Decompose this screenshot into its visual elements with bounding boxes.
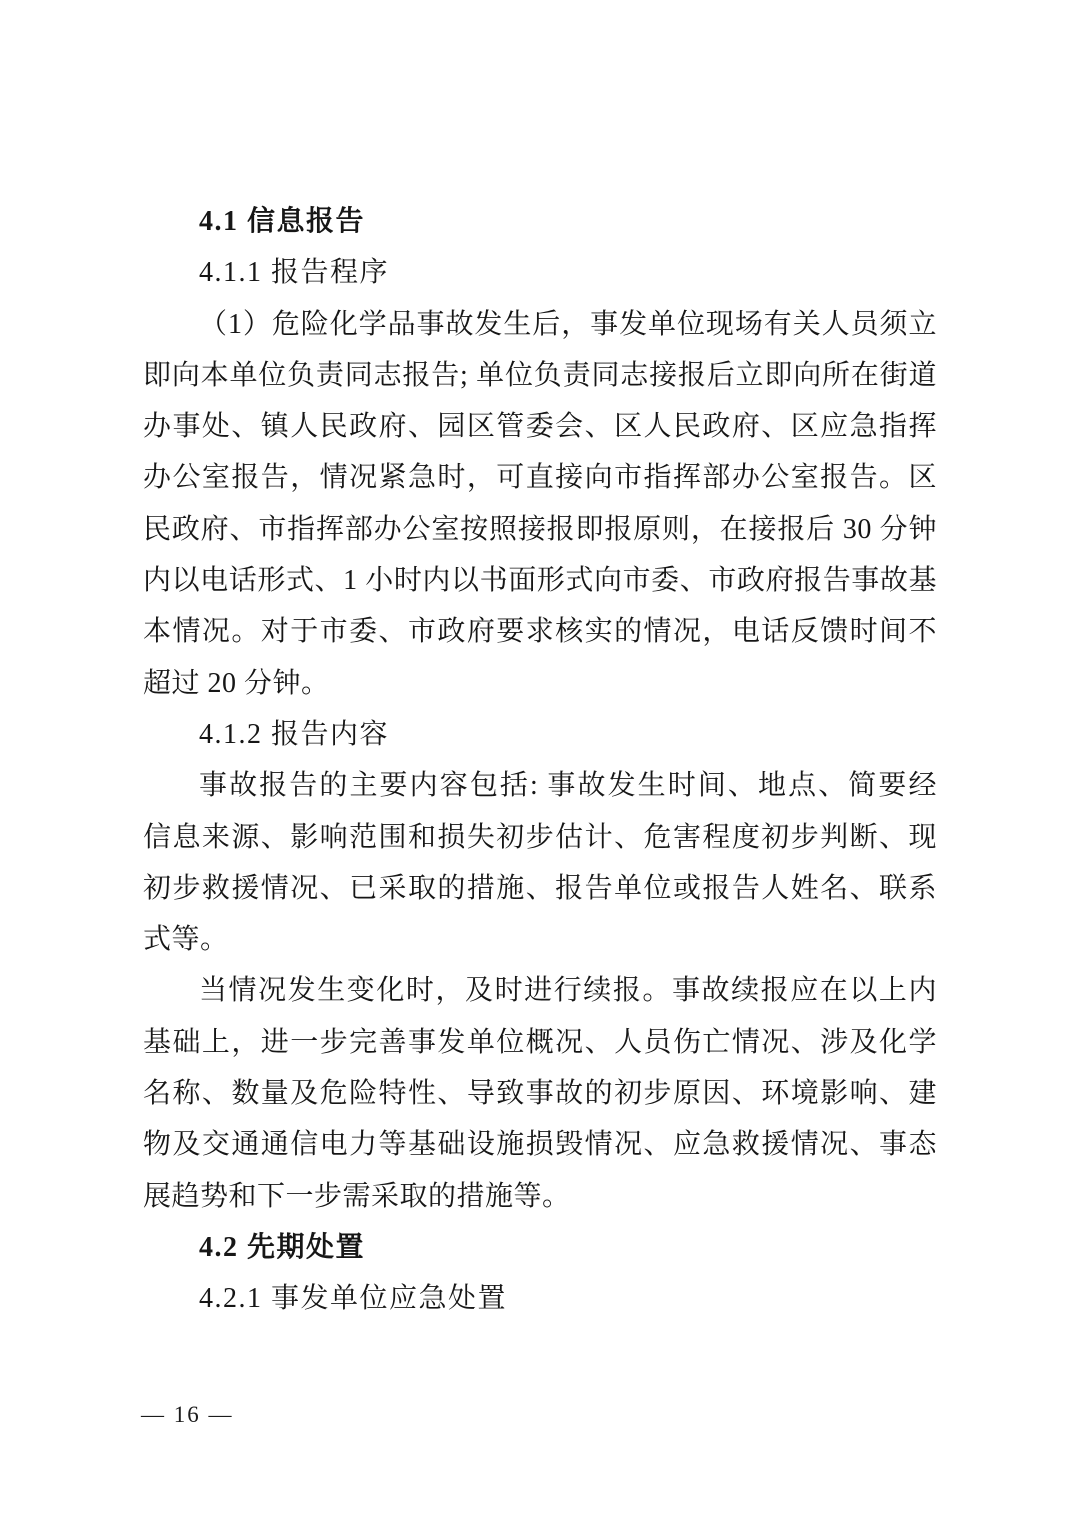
paragraph-1-line: 办事处、镇人民政府、园区管委会、区人民政府、区应急指挥部 [143, 401, 937, 452]
heading-4-2-1: 4.2.1 事发单位应急处置 [143, 1273, 937, 1324]
document-body: 4.1 信息报告 4.1.1 报告程序 （1）危险化学品事故发生后，事发单位现场… [143, 196, 937, 1325]
paragraph-3-line: 基础上，进一步完善事发单位概况、人员伤亡情况、涉及化学品 [143, 1017, 937, 1068]
paragraph-2-line: 式等。 [143, 914, 937, 965]
paragraph-1-line: 民政府、市指挥部办公室按照接报即报原则，在接报后 30 分钟 [143, 504, 937, 555]
heading-4-1: 4.1 信息报告 [143, 196, 937, 247]
document-page: 4.1 信息报告 4.1.1 报告程序 （1）危险化学品事故发生后，事发单位现场… [0, 0, 1074, 1520]
paragraph-1-line: 内以电话形式、1 小时内以书面形式向市委、市政府报告事故基 [143, 555, 937, 606]
paragraph-1-line: 超过 20 分钟。 [143, 658, 937, 709]
paragraph-2-line: 初步救援情况、已采取的措施、报告单位或报告人姓名、联系方 [143, 863, 937, 914]
heading-4-2: 4.2 先期处置 [143, 1222, 937, 1273]
paragraph-3-line: 展趋势和下一步需采取的措施等。 [143, 1171, 937, 1222]
heading-4-1-2: 4.1.2 报告内容 [143, 709, 937, 760]
paragraph-1-line: （1）危险化学品事故发生后，事发单位现场有关人员须立 [143, 299, 937, 350]
paragraph-3-line: 当情况发生变化时，及时进行续报。事故续报应在以上内容 [143, 965, 937, 1016]
page-number: — 16 — [141, 1399, 234, 1431]
paragraph-1-line: 办公室报告，情况紧急时，可直接向市指挥部办公室报告。区人 [143, 452, 937, 503]
paragraph-2-line: 信息来源、影响范围和损失初步估计、危害程度初步判断、现场 [143, 812, 937, 863]
heading-4-1-1: 4.1.1 报告程序 [143, 247, 937, 298]
paragraph-1-line: 本情况。对于市委、市政府要求核实的情况，电话反馈时间不得 [143, 606, 937, 657]
paragraph-1-line: 即向本单位负责同志报告; 单位负责同志接报后立即向所在街道 [143, 350, 937, 401]
paragraph-2-line: 事故报告的主要内容包括: 事故发生时间、地点、简要经过、 [143, 760, 937, 811]
paragraph-3-line: 名称、数量及危险特性、导致事故的初步原因、环境影响、建筑 [143, 1068, 937, 1119]
paragraph-3-line: 物及交通通信电力等基础设施损毁情况、应急救援情况、事态发 [143, 1119, 937, 1170]
